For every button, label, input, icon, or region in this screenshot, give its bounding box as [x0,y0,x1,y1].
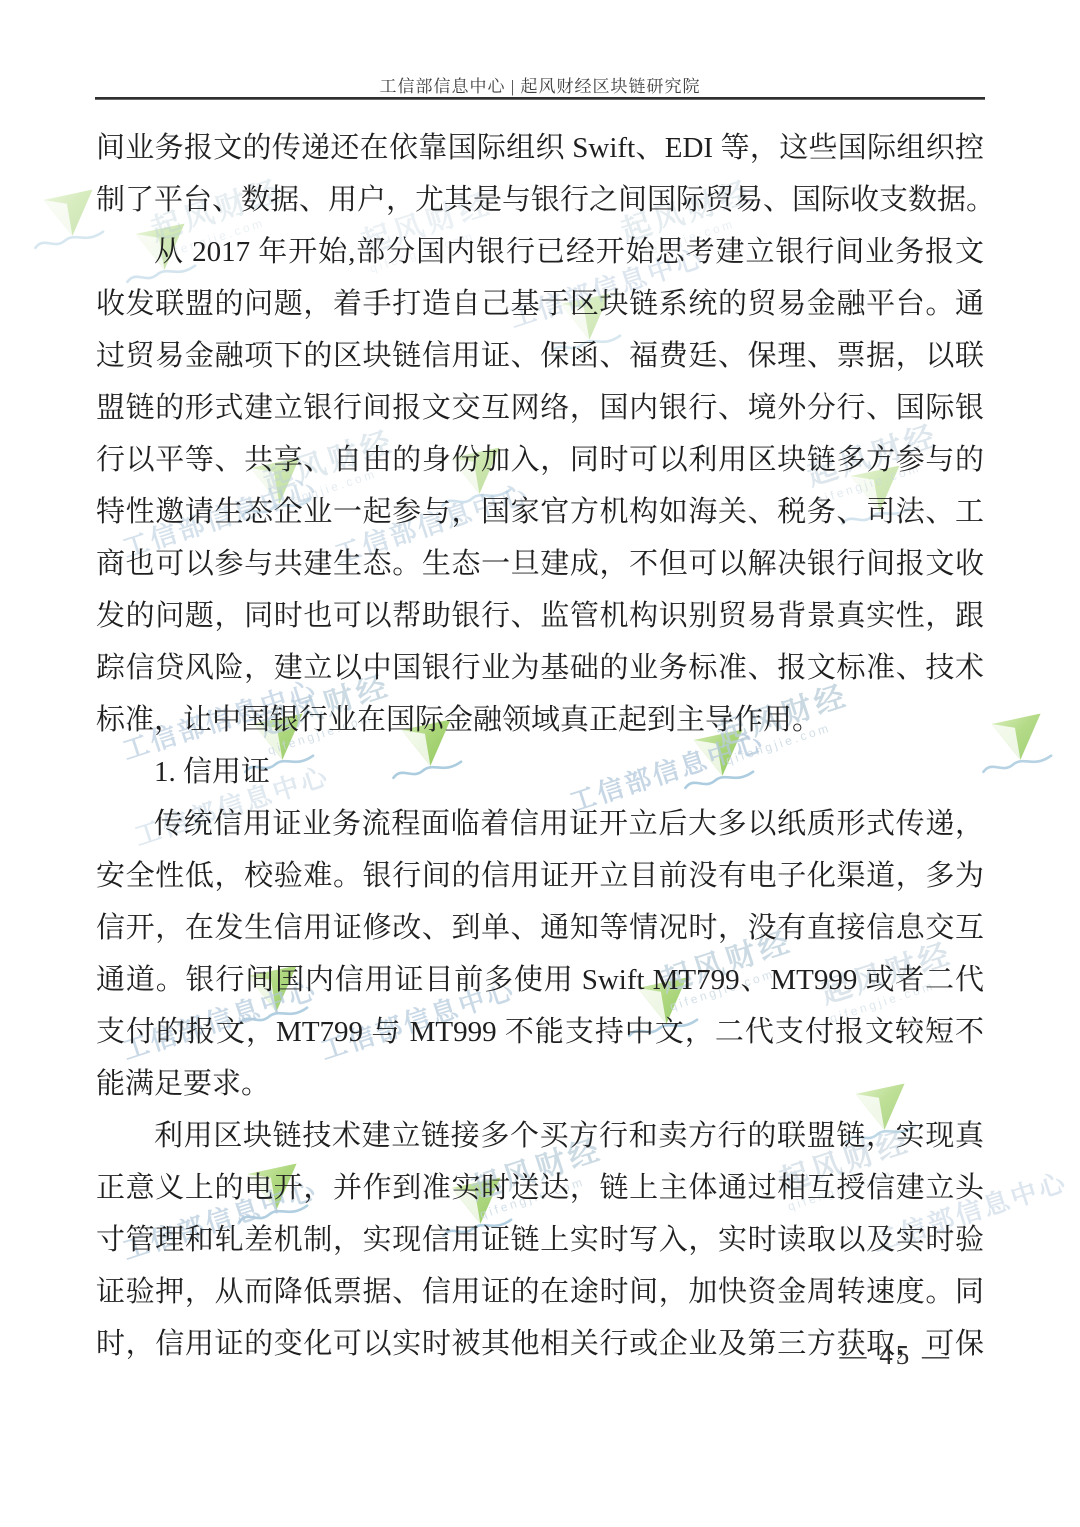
text-line: 过贸易金融项下的区块链信用证、保函、福费廷、保理、票据，以联 [96,330,984,382]
text-line: 行以平等、共享、自由的身份加入，同时可以利用区块链多方参与的 [96,434,984,486]
qifeng-triangle-icon [41,190,97,239]
text-line: 信开，在发生信用证修改、到单、通知等情况时，没有直接信息交互 [96,902,984,954]
text-line: 正意义上的电开，并作到准实时送达，链上主体通过相互授信建立头 [96,1162,984,1214]
text-line: 从 2017 年开始,部分国内银行已经开始思考建立银行间业务报文 [96,226,984,278]
text-line: 盟链的形式建立银行间报文交互网络，国内银行、境外分行、国际银 [96,382,984,434]
text-line: 收发联盟的问题，着手打造自己基于区块链系统的贸易金融平台。通 [96,278,984,330]
text-line: 能满足要求。 [96,1058,984,1110]
header-rule [95,97,985,100]
page-header: 工信部信息中心 | 起风财经区块链研究院 [96,72,984,97]
text-line: 安全性低，校验难。银行间的信用证开立目前没有电子化渠道，多为 [96,850,984,902]
text-line: 利用区块链技术建立链接多个买方行和卖方行的联盟链，实现真 [96,1110,984,1162]
text-line: 踪信贷风险，建立以中国银行业为基础的业务标准、报文标准、技术 [96,642,984,694]
wave-swoosh-icon [979,750,1057,780]
qifeng-logo-watermark [981,713,1057,782]
text-line: 证验押，从而降低票据、信用证的在途时间，加快资金周转速度。同 [96,1266,984,1318]
text-line: 标准，让中国银行业在国际金融领域真正起到主导作用。 [96,694,984,746]
text-line: 传统信用证业务流程面临着信用证开立后大多以纸质形式传递， [96,798,984,850]
text-line: 通道。银行间国内信用证目前多使用 Swift MT799、MT999 或者二代 [96,954,984,1006]
section-heading: 1. 信用证 [96,746,984,798]
text-line: 寸管理和轧差机制，实现信用证链上实时写入，实时读取以及实时验 [96,1214,984,1266]
text-line: 特性邀请生态企业一起参与，国家官方机构如海关、税务、司法、工 [96,486,984,538]
text-line: 发的问题，同时也可以帮助银行、监管机构识别贸易背景真实性，跟 [96,590,984,642]
page-number: — 45 — [840,1340,953,1371]
body-text: 间业务报文的传递还在依靠国际组织 Swift、EDI 等，这些国际组织控 制了平… [96,122,984,1370]
triangle-fold [41,190,97,239]
text-line: 间业务报文的传递还在依靠国际组织 Swift、EDI 等，这些国际组织控 [96,122,984,174]
text-line: 制了平台、数据、用户，尤其是与银行之间国际贸易、国际收支数据。 [96,174,984,226]
document-page: 起风财经 qifengjie.com 起风财经 qifengjie.com 起风… [0,0,1080,1527]
text-line: 支付的报文，MT799 与 MT999 不能支持中文，二代支付报文较短不 [96,1006,984,1058]
qifeng-triangle-icon [989,714,1045,763]
triangle-fold [989,714,1045,763]
text-line: 商也可以参与共建生态。生态一旦建成，不但可以解决银行间报文收 [96,538,984,590]
